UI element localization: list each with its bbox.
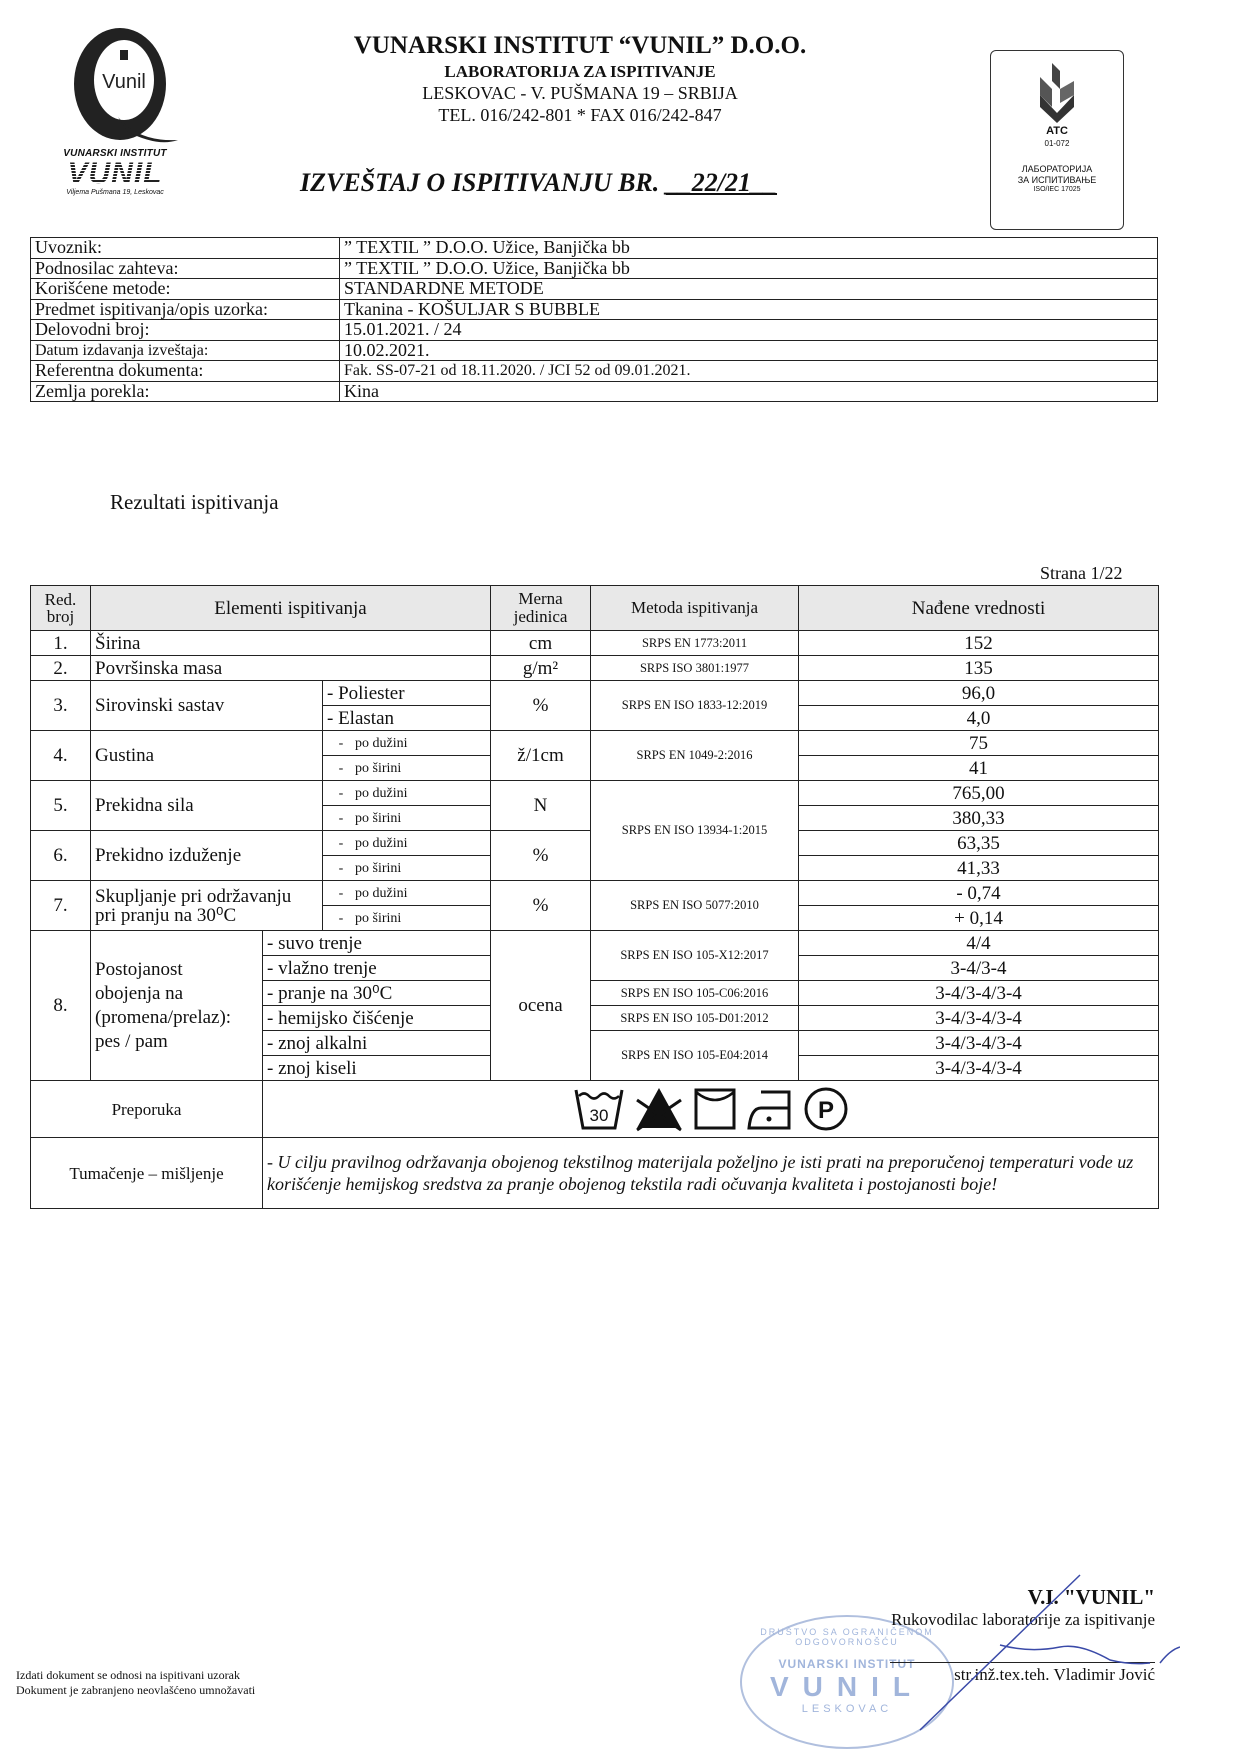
row-unit: ocena: [491, 931, 591, 1081]
results-section-title: Rezultati ispitivanja: [110, 490, 279, 515]
row-value: 41,33: [799, 856, 1159, 881]
row-sub-element: - znoj kiseli: [263, 1056, 491, 1081]
row-value: 765,00: [799, 781, 1159, 806]
atc-code: 01-072: [991, 139, 1123, 148]
row-direction: -po dužini: [323, 781, 491, 806]
contact: TEL. 016/242-801 * FAX 016/242-847: [270, 105, 890, 126]
header-method: Metoda ispitivanja: [591, 586, 799, 631]
row-element: Postojanost obojenja na (promena/prelaz)…: [91, 931, 263, 1081]
svg-text:Vunil: Vunil: [102, 71, 146, 93]
letterhead: VUNARSKI INSTITUT “VUNIL” D.O.O. LABORAT…: [270, 32, 890, 126]
row-direction: -po širini: [323, 856, 491, 881]
row-value: 4,0: [799, 706, 1159, 731]
info-row: Korišćene metode:STANDARDNE METODE: [31, 279, 1158, 300]
row-direction: -po dužini: [323, 731, 491, 756]
row-direction: -po širini: [323, 806, 491, 831]
row-value: 3-4/3-4: [799, 956, 1159, 981]
row-unit: %: [491, 881, 591, 931]
handwritten-signature: [880, 1565, 1180, 1735]
table-row: 8. Postojanost obojenja na (promena/prel…: [31, 931, 1159, 956]
row-no: 6.: [31, 831, 91, 881]
accreditation-badge: ATC 01-072 ЛАБОРАТОРИЈА ЗА ИСПИТИВАЊЕ IS…: [990, 50, 1124, 230]
lab-name: LABORATORIJA ZA ISPITIVANJE: [270, 62, 890, 82]
info-row: Datum izdavanja izveštaja:10.02.2021.: [31, 340, 1158, 361]
row-element: Površinska masa: [91, 656, 491, 681]
header-element: Elementi ispitivanja: [91, 586, 491, 631]
row-value: 152: [799, 631, 1159, 656]
row-sub-element: - hemijsko čišćenje: [263, 1006, 491, 1031]
report-title: IZVEŠTAJ O ISPITIVANJU BR. __22/21__: [300, 168, 777, 198]
row-value: 63,35: [799, 831, 1159, 856]
info-label: Korišćene metode:: [31, 279, 340, 300]
header-unit: Merna jedinica: [491, 586, 591, 631]
info-value: Tkanina - KOŠULJAR S BUBBLE: [340, 299, 1158, 320]
info-value: ” TEXTIL ” D.O.O. Užice, Banjička bb: [340, 238, 1158, 259]
row-value: 3-4/3-4/3-4: [799, 981, 1159, 1006]
brand-line-3: Viljema Pušmana 19, Leskovac: [40, 189, 190, 196]
header-no: Red. broj: [31, 586, 91, 631]
iron-low-icon: [745, 1086, 795, 1132]
info-row: Predmet ispitivanja/opis uzorka:Tkanina …: [31, 299, 1158, 320]
row-no: 4.: [31, 731, 91, 781]
row-value: - 0,74: [799, 881, 1159, 906]
opinion-row: Tumačenje – mišljenje - U cilju pravilno…: [31, 1138, 1159, 1209]
brand-line-2: VUNIL: [40, 159, 190, 189]
info-label: Podnosilac zahteva:: [31, 258, 340, 279]
opinion-text: - U cilju pravilnog održavanja obojenog …: [263, 1138, 1159, 1209]
svg-text:30: 30: [589, 1106, 608, 1125]
row-method: SRPS EN ISO 13934-1:2015: [591, 781, 799, 881]
row-method: SRPS EN 1773:2011: [591, 631, 799, 656]
row-element: Sirovinski sastav: [91, 681, 323, 731]
report-number: __22/21__: [666, 168, 777, 197]
row-no: 8.: [31, 931, 91, 1081]
table-row: 2. Površinska masa g/m² SRPS ISO 3801:19…: [31, 656, 1159, 681]
row-sub-element: - vlažno trenje: [263, 956, 491, 981]
table-row: 1. Širina cm SRPS EN 1773:2011 152: [31, 631, 1159, 656]
report-title-prefix: IZVEŠTAJ O ISPITIVANJU BR.: [300, 168, 659, 197]
row-value: 41: [799, 756, 1159, 781]
tumble-dry-icon: [693, 1086, 737, 1132]
row-value: 3-4/3-4/3-4: [799, 1006, 1159, 1031]
page-indicator: Strana 1/22: [1040, 563, 1123, 584]
row-element: Gustina: [91, 731, 323, 781]
vunil-brand-logo: VUNARSKI INSTITUT VUNIL Viljema Pušmana …: [40, 148, 190, 196]
wash-30-icon: 30: [573, 1086, 625, 1132]
row-element: Skupljanje pri održavanju pri pranju na …: [91, 881, 323, 931]
row-no: 7.: [31, 881, 91, 931]
table-row: 7. Skupljanje pri održavanju pri pranju …: [31, 881, 1159, 906]
row-element: Širina: [91, 631, 491, 656]
care-symbols: 30: [263, 1081, 1159, 1138]
row-method: SRPS EN ISO 5077:2010: [591, 881, 799, 931]
row-method: SRPS EN ISO 105-C06:2016: [591, 981, 799, 1006]
info-label: Delovodni broj:: [31, 320, 340, 341]
row-method: SRPS EN ISO 105-D01:2012: [591, 1006, 799, 1031]
row-unit: N: [491, 781, 591, 831]
row-unit: ž/1cm: [491, 731, 591, 781]
vunil-q-logo: Vunil: [58, 22, 188, 152]
info-value: Kina: [340, 381, 1158, 402]
info-row: Zemlja porekla:Kina: [31, 381, 1158, 402]
row-value: + 0,14: [799, 906, 1159, 931]
recommendation-label: Preporuka: [31, 1081, 263, 1138]
row-method: SRPS ISO 3801:1977: [591, 656, 799, 681]
row-unit: %: [491, 681, 591, 731]
row-value: 4/4: [799, 931, 1159, 956]
row-value: 75: [799, 731, 1159, 756]
row-direction: -po širini: [323, 906, 491, 931]
footer-note-2: Dokument je zabranjeno neovlašćeno umnož…: [16, 1683, 255, 1698]
row-sub-element: - Poliester: [323, 681, 491, 706]
atc-standard: ISO/IEC 17025: [991, 186, 1123, 193]
info-row: Referentna dokumenta:Fak. SS-07-21 od 18…: [31, 361, 1158, 382]
sample-info-table: Uvoznik:” TEXTIL ” D.O.O. Užice, Banjičk…: [30, 237, 1158, 402]
dry-clean-p-icon: P: [803, 1086, 849, 1132]
table-row: 3. Sirovinski sastav - Poliester % SRPS …: [31, 681, 1159, 706]
info-label: Uvoznik:: [31, 238, 340, 259]
info-row: Podnosilac zahteva:” TEXTIL ” D.O.O. Uži…: [31, 258, 1158, 279]
info-value: Fak. SS-07-21 od 18.11.2020. / JCI 52 od…: [340, 361, 1158, 382]
info-label: Referentna dokumenta:: [31, 361, 340, 382]
atc-line2: ЗА ИСПИТИВАЊЕ: [991, 175, 1123, 186]
atc-body: ATC: [991, 125, 1123, 137]
row-unit: %: [491, 831, 591, 881]
row-value: 3-4/3-4/3-4: [799, 1056, 1159, 1081]
info-value: 15.01.2021. / 24: [340, 320, 1158, 341]
row-unit: cm: [491, 631, 591, 656]
info-value: STANDARDNE METODE: [340, 279, 1158, 300]
table-row: 4. Gustina -po dužini ž/1cm SRPS EN 1049…: [31, 731, 1159, 756]
row-no: 3.: [31, 681, 91, 731]
row-sub-element: - suvo trenje: [263, 931, 491, 956]
footer-note: Izdati dokument se odnosi na ispitivani …: [16, 1668, 255, 1698]
row-method: SRPS EN ISO 1833-12:2019: [591, 681, 799, 731]
info-value: ” TEXTIL ” D.O.O. Užice, Banjička bb: [340, 258, 1158, 279]
row-direction: -po širini: [323, 756, 491, 781]
no-bleach-icon: [633, 1086, 685, 1132]
svg-text:P: P: [817, 1097, 833, 1124]
row-method: SRPS EN ISO 105-X12:2017: [591, 931, 799, 981]
row-sub-element: - znoj alkalni: [263, 1031, 491, 1056]
row-element: Prekidna sila: [91, 781, 323, 831]
row-value: 380,33: [799, 806, 1159, 831]
row-unit: g/m²: [491, 656, 591, 681]
info-label: Zemlja porekla:: [31, 381, 340, 402]
row-value: 135: [799, 656, 1159, 681]
info-label: Predmet ispitivanja/opis uzorka:: [31, 299, 340, 320]
row-sub-element: - Elastan: [323, 706, 491, 731]
recommendation-row: Preporuka 30: [31, 1081, 1159, 1138]
row-direction: -po dužini: [323, 881, 491, 906]
row-value: 96,0: [799, 681, 1159, 706]
row-method: SRPS EN 1049-2:2016: [591, 731, 799, 781]
address: LESKOVAC - V. PUŠMANA 19 – SRBIJA: [270, 83, 890, 104]
table-row: 5. Prekidna sila -po dužini N SRPS EN IS…: [31, 781, 1159, 806]
row-sub-element: - pranje na 30⁰C: [263, 981, 491, 1006]
results-header-row: Red. broj Elementi ispitivanja Merna jed…: [31, 586, 1159, 631]
footer-note-1: Izdati dokument se odnosi na ispitivani …: [16, 1668, 255, 1683]
info-row: Uvoznik:” TEXTIL ” D.O.O. Užice, Banjičk…: [31, 238, 1158, 259]
info-row: Delovodni broj:15.01.2021. / 24: [31, 320, 1158, 341]
org-name: VUNARSKI INSTITUT “VUNIL” D.O.O.: [270, 32, 890, 60]
info-label: Datum izdavanja izveštaja:: [31, 340, 340, 361]
row-method: SRPS EN ISO 105-E04:2014: [591, 1031, 799, 1081]
row-no: 1.: [31, 631, 91, 656]
header-value: Nađene vrednosti: [799, 586, 1159, 631]
opinion-label: Tumačenje – mišljenje: [31, 1138, 263, 1209]
info-value: 10.02.2021.: [340, 340, 1158, 361]
row-no: 5.: [31, 781, 91, 831]
atc-line1: ЛАБОРАТОРИЈА: [991, 164, 1123, 175]
row-value: 3-4/3-4/3-4: [799, 1031, 1159, 1056]
row-no: 2.: [31, 656, 91, 681]
row-element: Prekidno izduženje: [91, 831, 323, 881]
results-table: Red. broj Elementi ispitivanja Merna jed…: [30, 585, 1159, 1209]
atc-logo-icon: [1032, 63, 1082, 123]
row-direction: -po dužini: [323, 831, 491, 856]
